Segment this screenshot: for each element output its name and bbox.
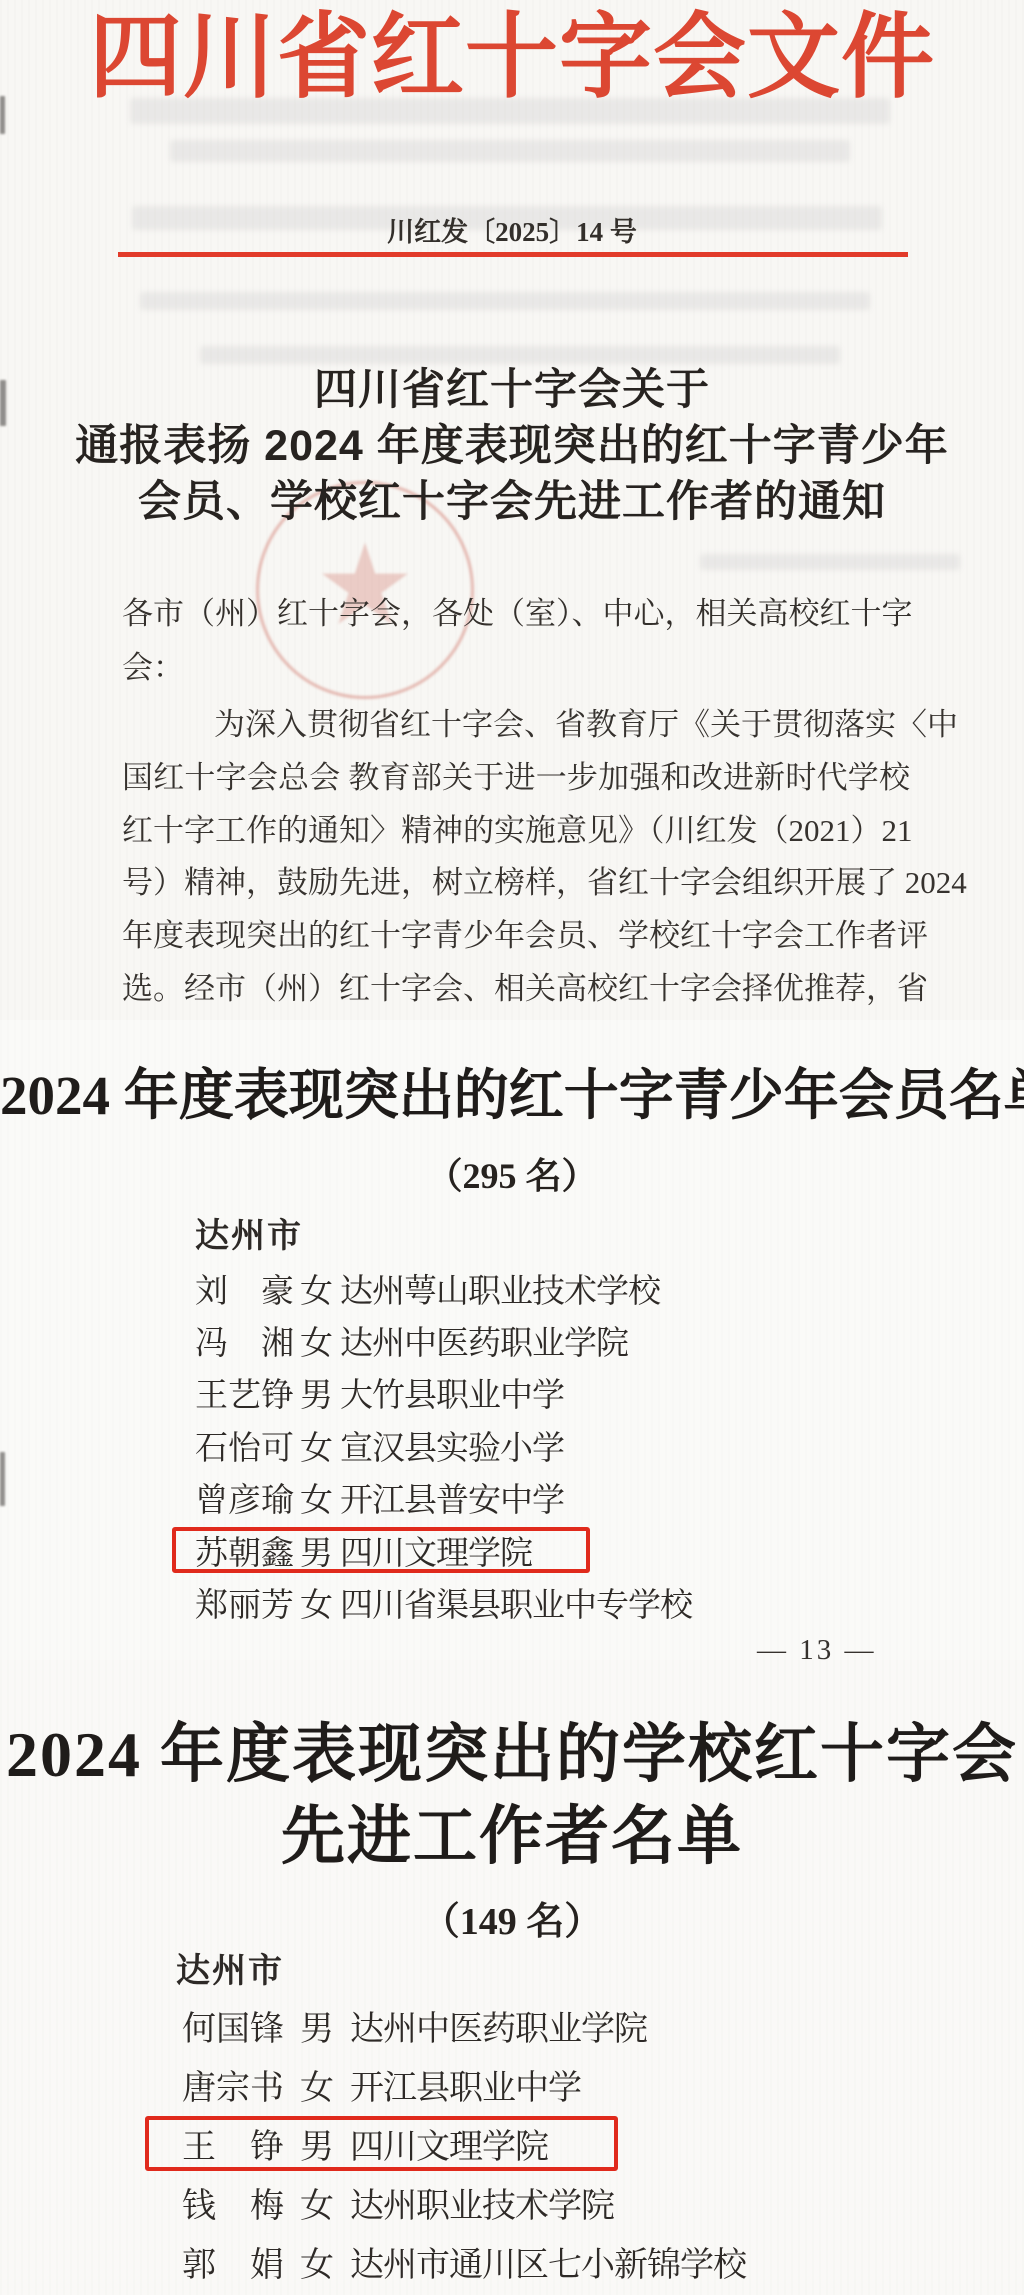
person-name: 唐宗书 <box>182 2060 286 2109</box>
person-gender: 女 <box>300 1579 333 1626</box>
person-gender: 男 <box>300 2001 334 2050</box>
person-gender: 女 <box>300 1422 333 1469</box>
notice-title-line: 会员、学校红十字会先进工作者的通知 <box>0 474 1024 530</box>
list-item: 王艺铮 男 大竹县职业中学 <box>195 1367 692 1419</box>
letterhead-rule <box>118 252 908 257</box>
body-line: 年度表现突出的红十字青少年会员、学校红十字会工作者评 <box>122 910 910 963</box>
person-name: 曾彦瑜 <box>195 1474 295 1521</box>
letterhead-title: 四川省红十字会文件 <box>0 8 1024 110</box>
scan-artifact <box>0 1452 5 1506</box>
person-gender: 女 <box>300 2178 334 2227</box>
person-school: 四川省渠县职业中专学校 <box>340 1579 692 1626</box>
members-list: 刘 豪 女 达州萼山职业技术学校 冯 湘 女 达州中医药职业学院 王艺铮 男 大… <box>195 1262 692 1629</box>
person-name: 钱 梅 <box>182 2178 286 2227</box>
person-school: 达州中医药职业学院 <box>350 2001 647 2050</box>
workers-heading-line: 先进工作者名单 <box>0 1796 1024 1878</box>
person-name: 冯 湘 <box>195 1317 295 1364</box>
document-number: 川红发〔2025〕14 号 <box>0 219 1024 246</box>
person-gender: 女 <box>300 1474 333 1521</box>
body-line: 选。经市（州）红十字会、相关高校红十字会择优推荐，省 <box>122 963 910 1016</box>
person-school: 达州市通川区七小新锦学校 <box>350 2237 746 2286</box>
bleedthrough-ghost-text <box>700 554 960 570</box>
list-item: 曾彦瑜 女 开江县普安中学 <box>195 1472 692 1524</box>
person-school: 宣汉县实验小学 <box>340 1422 564 1469</box>
scanned-document-page: 四川省红十字会文件 川红发〔2025〕14 号 ★ 四川省红十字会关于 通报表扬… <box>0 0 1024 2295</box>
list-item: 何国锋 男 达州中医药职业学院 <box>182 1996 746 2055</box>
recipients-line: 各市（州）红十字会，各处（室）、中心，相关高校红十字 <box>122 587 913 641</box>
body-line: 红十字工作的通知〉精神的实施意见》（川红发（2021）21 <box>122 805 910 858</box>
list-item: 郑丽芳 女 四川省渠县职业中专学校 <box>195 1576 692 1628</box>
body-line: 号）精神，鼓励先进，树立榜样，省红十字会组织开展了 2024 <box>122 857 910 910</box>
notice-title: 四川省红十字会关于 通报表扬 2024 年度表现突出的红十字青少年 会员、学校红… <box>0 362 1024 530</box>
person-school: 达州中医药职业学院 <box>340 1317 628 1364</box>
bleedthrough-ghost-text <box>170 140 850 162</box>
notice-title-line: 通报表扬 2024 年度表现突出的红十字青少年 <box>0 418 1024 474</box>
person-gender: 男 <box>300 1369 333 1416</box>
list-item: 冯 湘 女 达州中医药职业学院 <box>195 1314 692 1366</box>
person-name: 郭 娟 <box>182 2237 286 2286</box>
list-item: 石怡可 女 宣汉县实验小学 <box>195 1419 692 1471</box>
body-line: 国红十字会总会 教育部关于进一步加强和改进新时代学校 <box>122 752 910 805</box>
workers-count: （149 名） <box>0 1903 1024 1941</box>
recipients-line: 会： <box>122 641 913 695</box>
list-item: 唐宗书 女 开江县职业中学 <box>182 2055 746 2114</box>
person-school: 达州职业技术学院 <box>350 2178 614 2227</box>
highlight-box-member <box>172 1527 590 1573</box>
list-item: 郭 娟 女 达州市通川区七小新锦学校 <box>182 2232 746 2291</box>
person-school: 开江县普安中学 <box>340 1474 564 1521</box>
city-label-dazhou: 达州市 <box>195 1220 303 1254</box>
body-line: 为深入贯彻省红十字会、省教育厅《关于贯彻落实〈中 <box>122 699 910 752</box>
person-name: 何国锋 <box>182 2001 286 2050</box>
person-gender: 女 <box>300 2237 334 2286</box>
person-name: 郑丽芳 <box>195 1579 295 1626</box>
members-count: （295 名） <box>0 1158 1024 1194</box>
city-label-dazhou: 达州市 <box>176 1955 284 1989</box>
person-name: 石怡可 <box>195 1422 295 1469</box>
recipients: 各市（州）红十字会，各处（室）、中心，相关高校红十字 会： <box>122 587 913 694</box>
person-name: 王艺铮 <box>195 1369 295 1416</box>
highlight-box-worker <box>145 2116 618 2171</box>
person-gender: 女 <box>300 1317 333 1364</box>
members-section-heading: 2024 年度表现突出的红十字青少年会员名单 <box>0 1068 1024 1123</box>
person-school: 大竹县职业中学 <box>340 1369 564 1416</box>
person-name: 刘 豪 <box>195 1265 295 1312</box>
workers-section-heading: 2024 年度表现突出的学校红十字会 先进工作者名单 <box>0 1714 1024 1878</box>
person-school: 达州萼山职业技术学校 <box>340 1265 660 1312</box>
bleedthrough-ghost-text <box>140 292 870 310</box>
person-gender: 女 <box>300 2060 334 2109</box>
person-gender: 女 <box>300 1265 333 1312</box>
page-number: — 13 — <box>757 1636 877 1665</box>
workers-heading-line: 2024 年度表现突出的学校红十字会 <box>0 1714 1024 1796</box>
list-item: 刘 豪 女 达州萼山职业技术学校 <box>195 1262 692 1314</box>
list-item: 钱 梅 女 达州职业技术学院 <box>182 2173 746 2232</box>
notice-title-line: 四川省红十字会关于 <box>0 362 1024 418</box>
notice-body: 为深入贯彻省红十字会、省教育厅《关于贯彻落实〈中 国红十字会总会 教育部关于进一… <box>122 699 910 1016</box>
person-school: 开江县职业中学 <box>350 2060 581 2109</box>
